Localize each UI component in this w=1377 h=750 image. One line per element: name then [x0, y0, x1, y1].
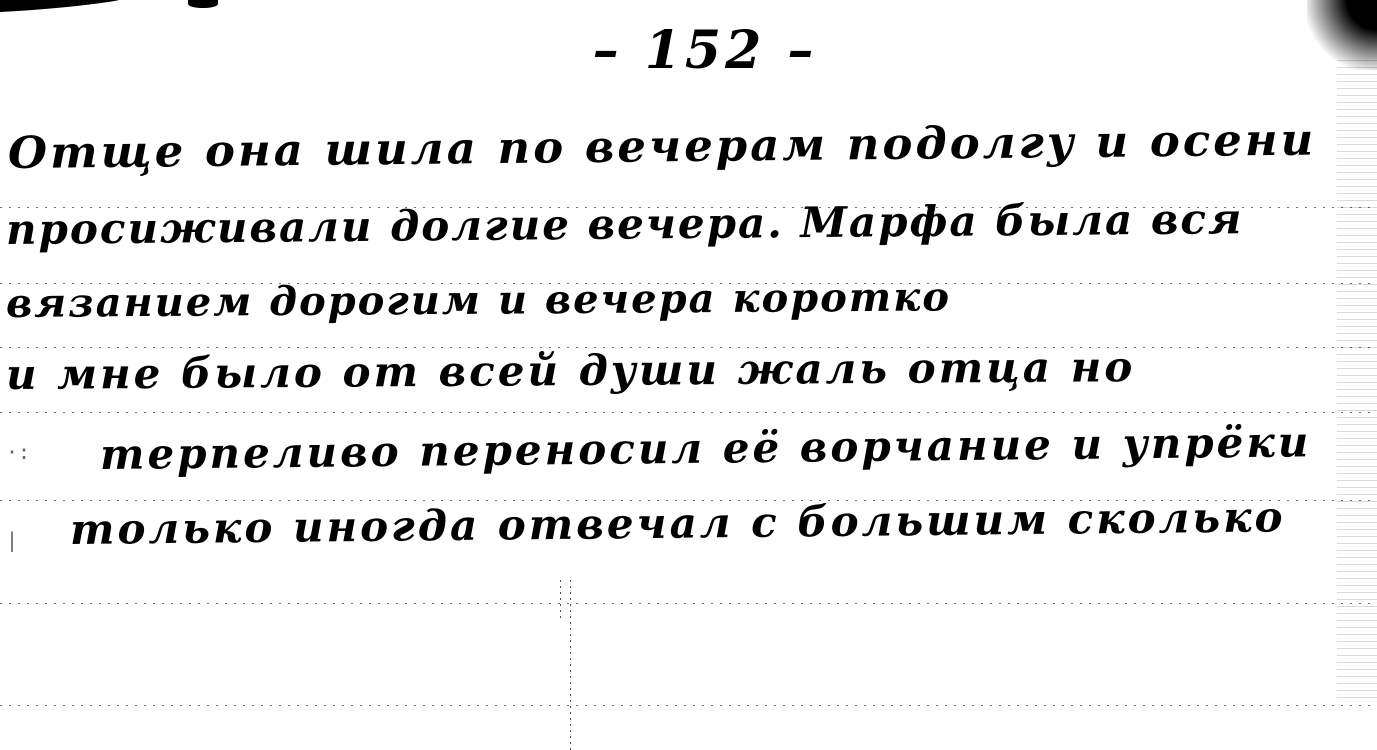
handwritten-line: и мне было от всей души жаль отца но [6, 342, 1136, 399]
fold-crease [560, 580, 561, 620]
ruled-line [0, 705, 1377, 706]
handwritten-line: Отще она шила по вечерам подолгу и осени [8, 115, 1317, 179]
manuscript-page: – 152 – Отще она шила по вечерам подолгу… [0, 0, 1377, 750]
margin-mark: | [6, 528, 18, 552]
handwritten-line: вязанием дорогим и вечера коротко [6, 273, 951, 327]
handwritten-line: терпеливо переносил её ворчание и упрёки [100, 417, 1312, 479]
handwritten-line: только иногда отвечал с большим сколько [70, 492, 1286, 554]
margin-mark: ·: [6, 440, 30, 464]
handwritten-line: просиживали долгие вечера. Марфа была вс… [6, 194, 1244, 254]
scan-shadow-top-left [0, 0, 140, 12]
page-number: – 152 – [590, 20, 820, 81]
fold-crease [570, 580, 571, 750]
ruled-line [0, 412, 1377, 413]
scan-smudge [188, 0, 218, 8]
scan-edge-noise [1337, 60, 1377, 700]
ruled-line [0, 603, 1377, 604]
